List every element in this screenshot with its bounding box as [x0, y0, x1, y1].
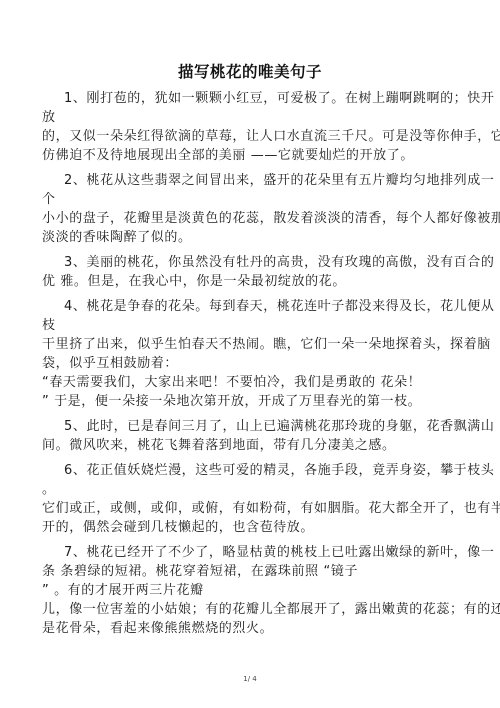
paragraph-line: 2、桃花从这些翡翠之间冒出来，盛开的花朵里有五片瓣均匀地排列成一 [64, 173, 494, 189]
paragraph-line: 开的，偶然会碰到几枝懒起的，也含苞待放。 [42, 520, 314, 536]
paragraph-line: “春天需要我们，大家出来吧！不要怕冷，我们是勇敢的 花朵！ [42, 375, 421, 391]
paragraph-line: 6、花正值妖娆烂漫，这些可爱的精灵，各施手段，竟弄身姿，攀于枝头 [64, 463, 494, 479]
paragraph-line: 放 [42, 110, 56, 126]
paragraph-line: 仿佛迫不及待地展现出全部的美丽 ——它就要灿烂的开放了。 [42, 148, 414, 164]
paragraph-line: 条 条碧绿的短裙。桃花穿着短裙，在露珠前照 “镜子 [42, 564, 358, 580]
paragraph-line: ” 于是，便一朵接一朵地次第开放，开成了万里春光的第一枝。 [42, 394, 421, 410]
page-indicator: 1/ 4 [0, 675, 500, 683]
paragraph-line: 4、桃花是争春的花朵。每到春天，桃花连叶子都没来得及长，花儿便从 [64, 299, 494, 315]
paragraph-line: 。 [42, 482, 56, 498]
paragraph-line: 间。微风吹来，桃花飞舞着落到地面，带有几分凄美之感。 [42, 438, 396, 454]
document-page: 描写桃花的唯美句子 1、刚打苞的，犹如一颗颗小红豆，可爱极了。在树上蹦啊跳啊的；… [0, 0, 500, 708]
paragraph-line: 个 [42, 192, 56, 208]
paragraph-line: 儿，像一位害羞的小姑娘；有的花瓣儿全都展开了，露出嫩黄的花蕊；有的还 [42, 602, 500, 618]
paragraph-line: ” 。有的才展开两三片花瓣 [42, 583, 204, 599]
paragraph-line: 1、刚打苞的，犹如一颗颗小红豆，可爱极了。在树上蹦啊跳啊的；快开 [64, 91, 494, 107]
paragraph-line: 枝 [42, 318, 56, 334]
paragraph-line: 淡淡的香味陶醉了似的。 [42, 230, 192, 246]
paragraph-line: 它们或正，或侧，或仰，或俯，有如粉荷，有如胭脂。花大都全开了，也有半 [42, 501, 500, 517]
paragraph-line: 袋，似乎互相鼓励着： [42, 356, 178, 372]
paragraph-line: 的，又似一朵朵红得欲滴的草莓，让人口水直流三千尺。可是没等你伸手，它 [42, 129, 500, 145]
paragraph-line: 3、美丽的桃花，你虽然没有牡丹的高贵，没有玫瑰的高傲，没有百合的 [64, 255, 494, 271]
paragraph-line: 优 雅。但是，在我心中，你是一朵最初绽放的花。 [42, 274, 346, 290]
paragraph-line: 干里挤了出来，似乎生怕春天不热闹。瞧，它们一朵一朵地探着头，探着脑 [42, 337, 491, 353]
paragraph-line: 5、此时，已是春间三月了，山上已遍满桃花那玲珑的身躯，花香飘满山 [64, 419, 494, 435]
document-title: 描写桃花的唯美句子 [0, 60, 500, 82]
paragraph-line: 7、桃花已经开了不少了，略显枯黄的桃枝上已吐露出嫩绿的新叶，像一 [64, 545, 494, 561]
paragraph-line: 是花骨朵，看起来像熊熊燃烧的烈火。 [42, 621, 273, 637]
paragraph-line: 小小的盘子，花瓣里是淡黄色的花蕊，散发着淡淡的清香，每个人都好像被那 [42, 211, 500, 227]
